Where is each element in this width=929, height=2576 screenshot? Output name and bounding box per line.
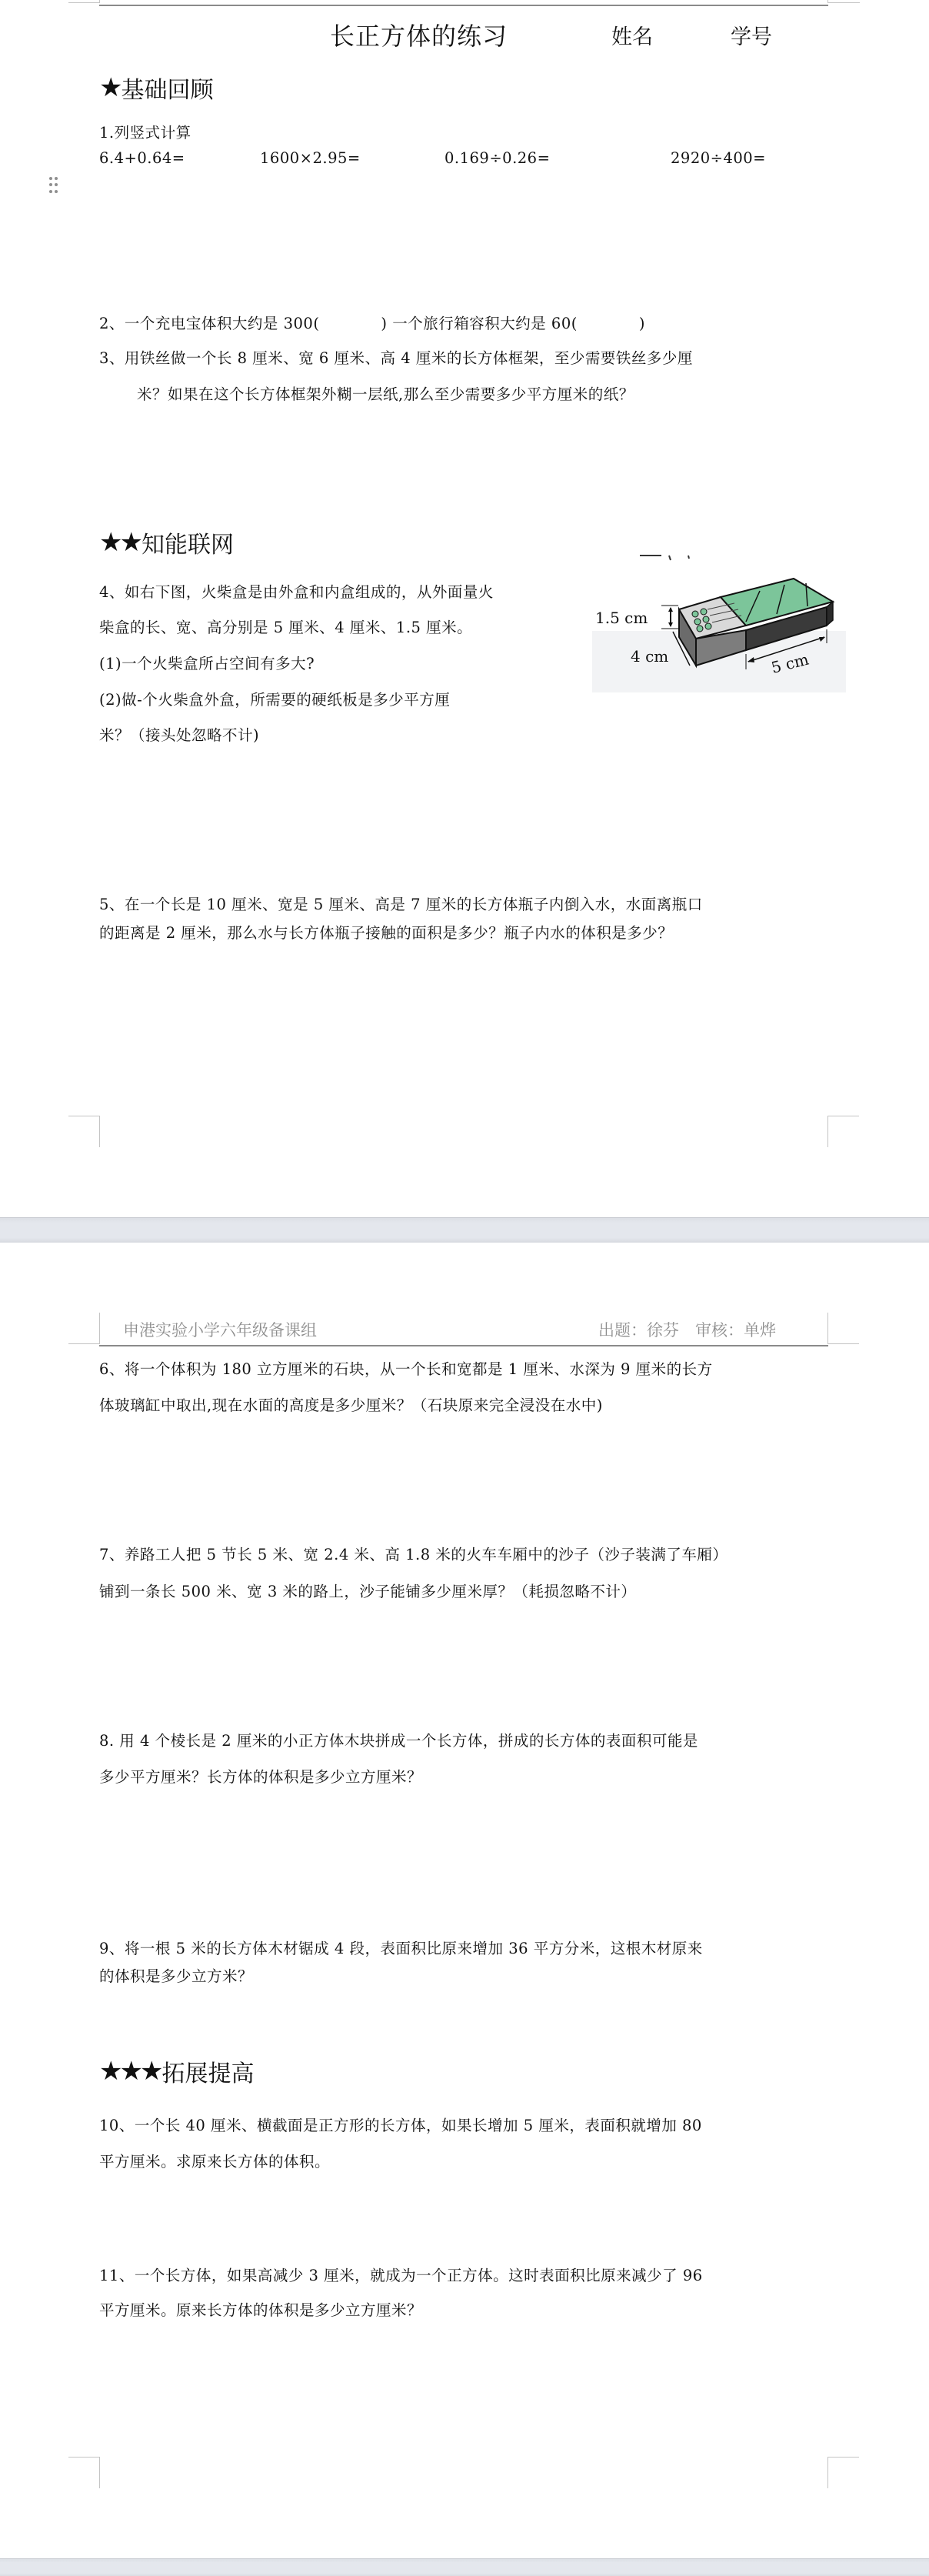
section-label: 知能联网: [142, 526, 234, 559]
question-8-line-2: 多少平方厘米？长方体的体积是多少立方厘米？: [99, 1765, 422, 1787]
page-1: 长正方体的练习 姓名 学号 ★ 基础回顾 1.列竖式计算 6.4+0.64= 1…: [0, 0, 929, 1217]
page-2: 申港实验小学六年级备课组 出题：徐芬 审核：单烨 6、将一个体积为 180 立方…: [0, 1243, 929, 2558]
question-8-line-1: 8. 用 4 个棱长是 2 厘米的小正方体木块拼成一个长方体，拼成的长方体的表面…: [99, 1729, 698, 1750]
question-11-line-1: 11、一个长方体，如果高减少 3 厘米，就成为一个正方体。这时表面积比原来减少了…: [99, 2264, 703, 2285]
margin-mark: [68, 1343, 100, 1344]
question-5-line-2: 的距离是 2 厘米，那么水与长方体瓶子接触的面积是多少？瓶子内水的体积是多少？: [99, 921, 673, 943]
section-heading-extend: ★★★ 拓展提高: [99, 2054, 254, 2088]
question-7-line-2: 铺到一条长 500 米、宽 3 米的路上，沙子能铺多少厘米厚？（耗损忽略不计）: [99, 1580, 636, 1601]
question-6-line-1: 6、将一个体积为 180 立方厘米的石块，从一个长和宽都是 1 厘米、水深为 9…: [99, 1357, 713, 1379]
document-title: 长正方体的练习: [330, 17, 508, 52]
margin-mark: [68, 1116, 100, 1116]
question-7-line-1: 7、养路工人把 5 节长 5 米、宽 2.4 米、高 1.8 米的火车车厢中的沙…: [99, 1543, 728, 1564]
height-dimension-label: 1.5 cm: [595, 609, 648, 627]
calc-item: 2920÷400=: [671, 149, 766, 167]
question-4-line-4: (2)做-个火柴盒外盒，所需要的硬纸板是多少平方厘: [99, 688, 450, 709]
header-rule: [99, 1345, 828, 1346]
question-10-line-2: 平方厘米。求原来长方体的体积。: [99, 2150, 330, 2171]
section-label: 拓展提高: [161, 2054, 254, 2088]
margin-mark: [827, 1116, 859, 1116]
question-2: 2、一个充电宝体积大约是 300( ) 一个旅行箱容积大约是 60( ): [99, 312, 645, 333]
margin-mark: [827, 2457, 828, 2488]
margin-mark: [827, 1313, 828, 1344]
question-3-line-2: 米？如果在这个长方体框架外糊一层纸,那么至少需要多少平方厘米的纸？: [137, 382, 634, 404]
margin-mark: [68, 2457, 100, 2458]
question-3-line-1: 3、用铁丝做一个长 8 厘米、宽 6 厘米、高 4 厘米的长方体框架，至少需要铁…: [99, 346, 693, 368]
width-dimension-label: 4 cm: [631, 647, 668, 666]
margin-mark: [827, 1116, 828, 1147]
question-5-line-1: 5、在一个长是 10 厘米、宽是 5 厘米、高是 7 厘米的长方体瓶子内倒入水，…: [99, 893, 703, 914]
section-label: 基础回顾: [121, 71, 213, 105]
question-4-line-5: 米？（接头处忽略不计): [99, 723, 259, 745]
margin-mark: [99, 0, 100, 3]
matchbox-figure: 1.5 cm 4 cm 5 cm: [592, 539, 846, 692]
question-4-line-1: 4、如右下图，火柴盒是由外盒和内盒组成的，从外面量火: [99, 580, 494, 602]
margin-mark: [828, 2, 860, 3]
header-rule: [99, 5, 828, 6]
name-label: 姓名: [611, 20, 653, 50]
margin-mark: [827, 0, 828, 3]
margin-mark: [68, 2, 100, 3]
section-heading-connect: ★★ 知能联网: [99, 526, 234, 559]
question-9-line-2: 的体积是多少立方米？: [99, 1964, 253, 1986]
star-icon: ★★★: [99, 2056, 160, 2087]
calc-item: 1600×2.95=: [260, 149, 361, 167]
question-9-line-1: 9、将一根 5 米的长方体木材锯成 4 段，表面积比原来增加 36 平方分米，这…: [99, 1937, 703, 1958]
margin-mark: [99, 2457, 100, 2488]
calc-item: 6.4+0.64=: [99, 149, 185, 167]
star-icon: ★: [99, 72, 119, 103]
header-school: 申港实验小学六年级备课组: [123, 1318, 317, 1341]
drag-handle-icon[interactable]: [49, 177, 58, 194]
page-gap: [0, 2558, 929, 2576]
margin-mark: [99, 1116, 100, 1147]
question-4-line-2: 柴盒的长、宽、高分别是 5 厘米、4 厘米、1.5 厘米。: [99, 616, 472, 637]
section-heading-basic: ★ 基础回顾: [99, 71, 213, 105]
question-11-line-2: 平方厘米。原来长方体的体积是多少立方厘米？: [99, 2298, 422, 2320]
header-authors: 出题：徐芬 审核：单烨: [598, 1318, 776, 1341]
question-1-title: 1.列竖式计算: [99, 121, 191, 142]
calc-item: 0.169÷0.26=: [445, 149, 550, 167]
margin-mark: [99, 1313, 100, 1344]
question-4-line-3: (1)一个火柴盒所占空间有多大?: [99, 652, 315, 673]
student-id-label: 学号: [731, 20, 772, 50]
question-10-line-1: 10、一个长 40 厘米、横截面是正方形的长方体，如果长增加 5 厘米，表面积就…: [99, 2114, 702, 2135]
margin-mark: [827, 1343, 859, 1344]
star-icon: ★★: [99, 527, 140, 558]
question-6-line-2: 体玻璃缸中取出,现在水面的高度是多少厘米？（石块原来完全浸没在水中): [99, 1393, 603, 1415]
margin-mark: [827, 2457, 859, 2458]
page-gap: [0, 1217, 929, 1243]
